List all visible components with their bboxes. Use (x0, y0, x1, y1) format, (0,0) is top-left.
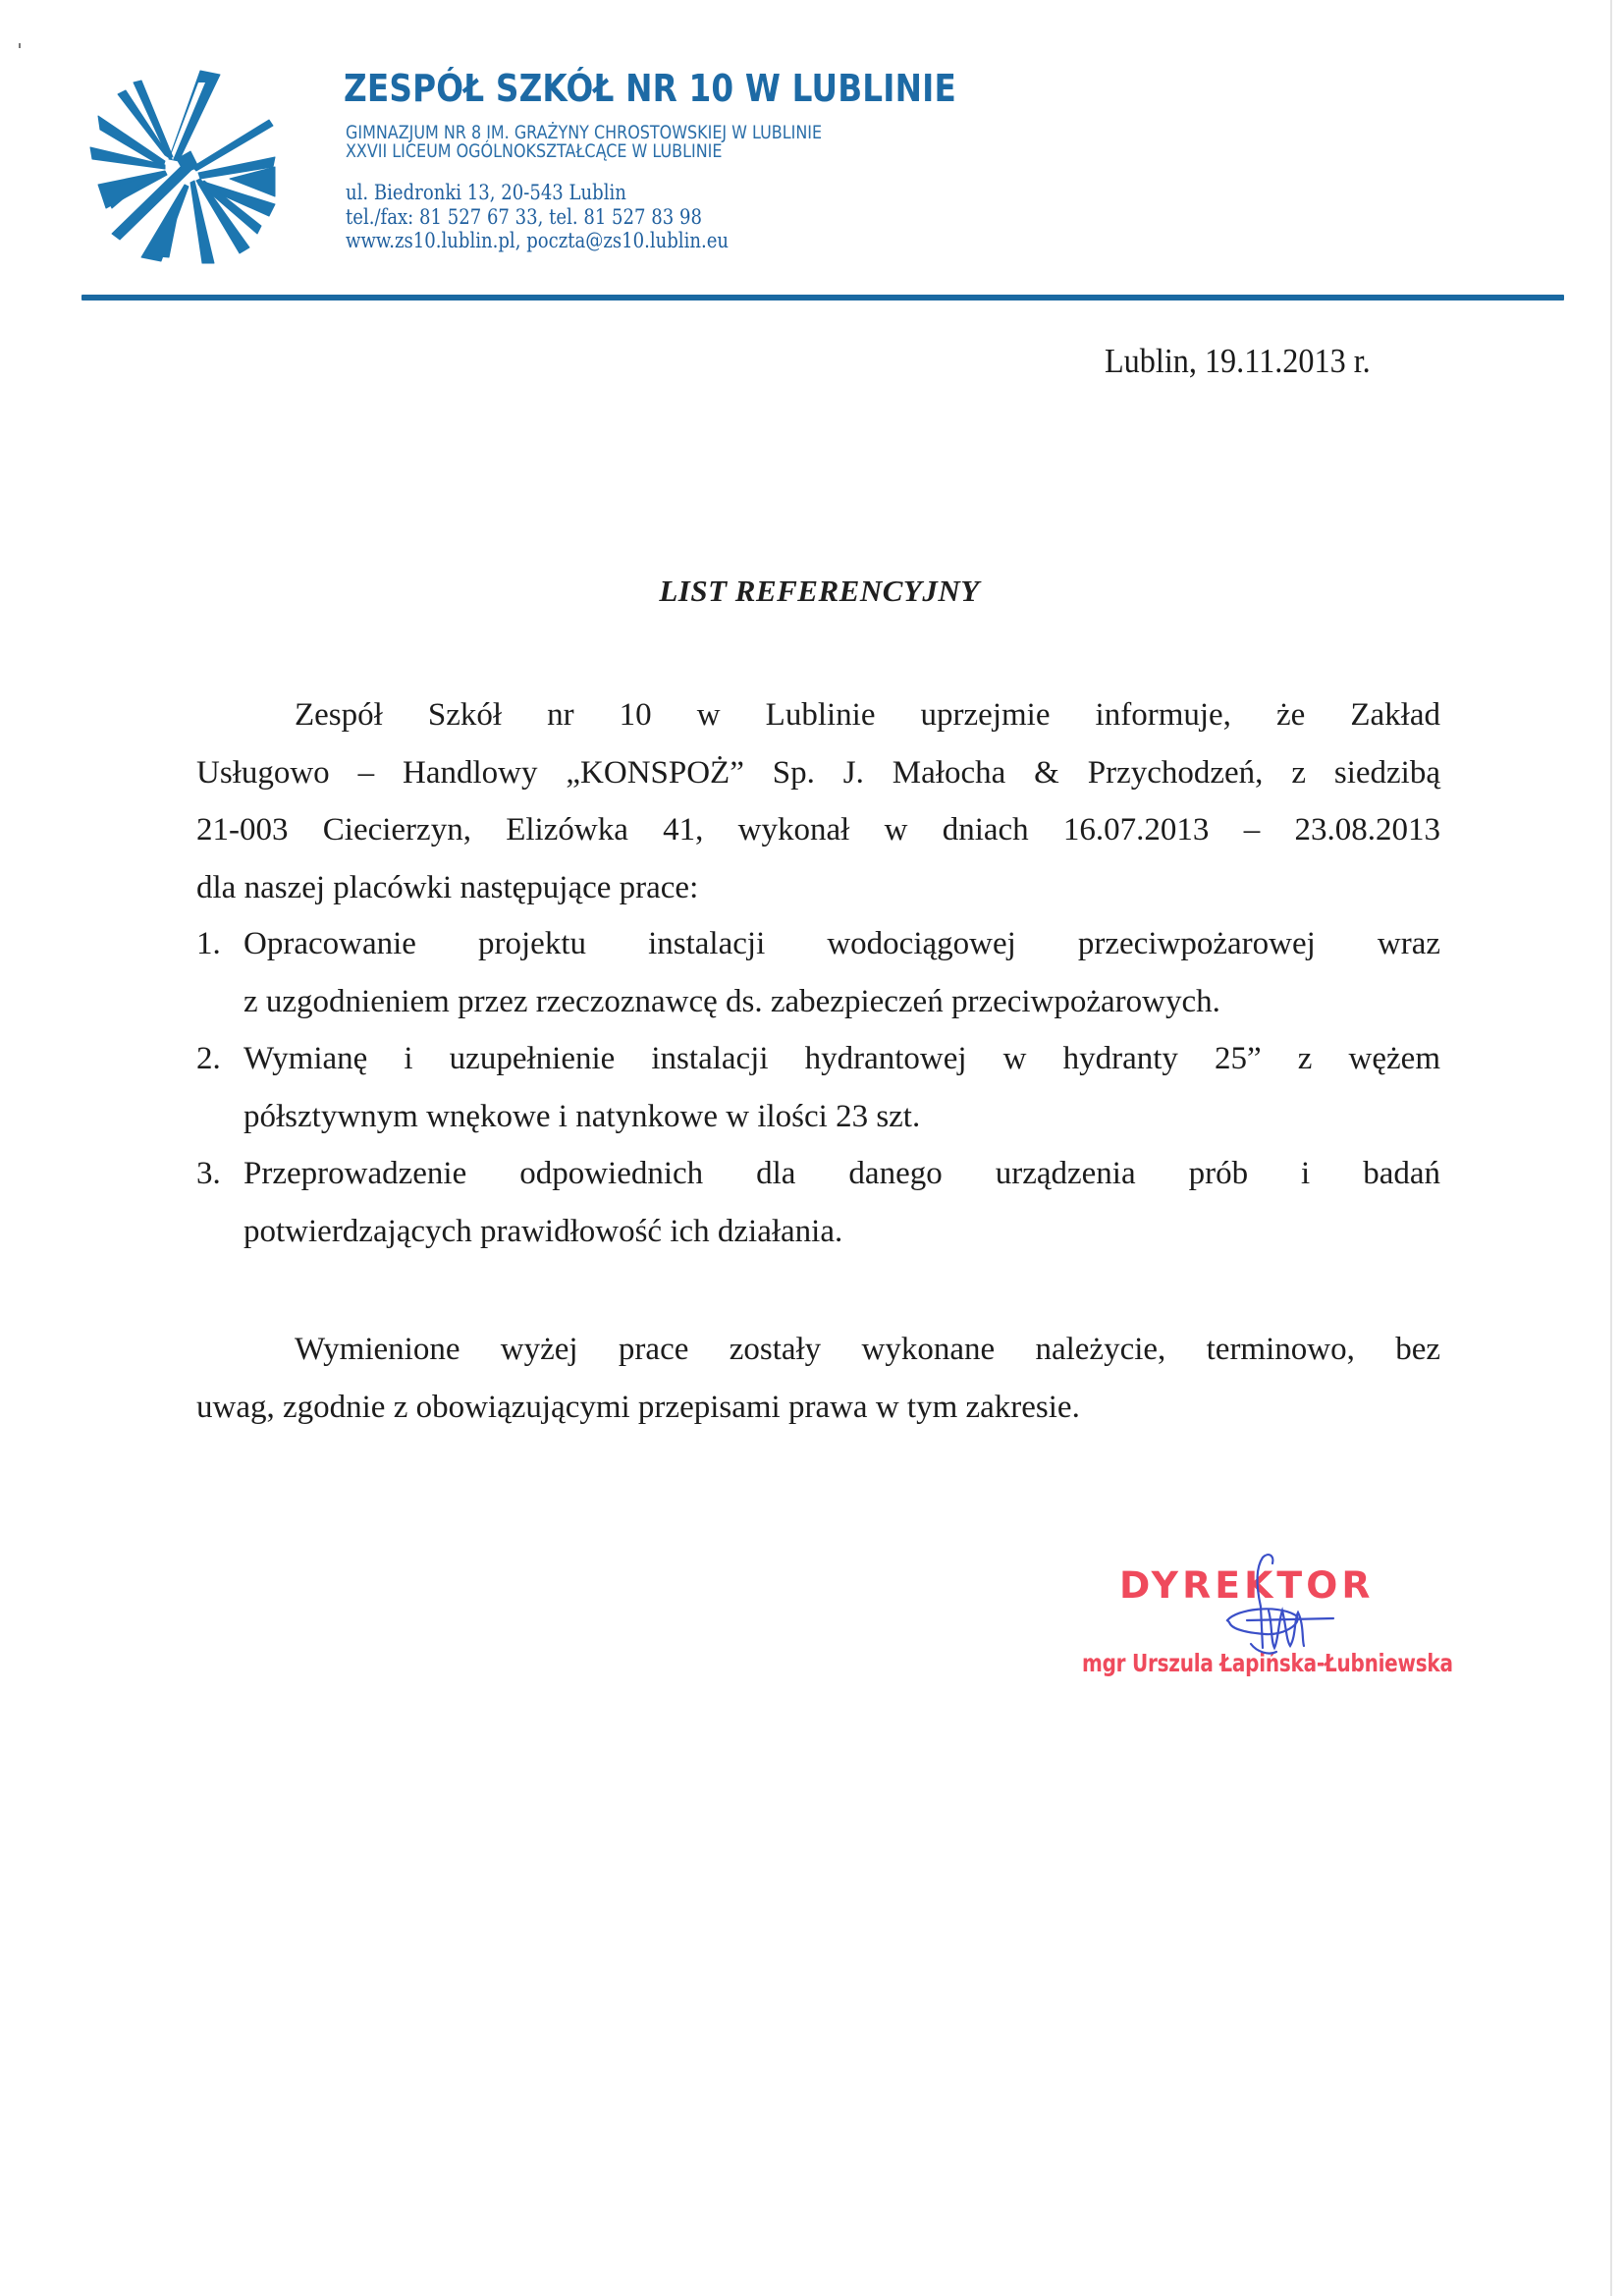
item-line: z uzgodnieniem przez rzeczoznawcę ds. za… (243, 973, 1440, 1031)
paragraph-line: dla naszej placówki następujące prace: (196, 859, 1440, 917)
paragraph-line: Usługowo – Handlowy „KONSPOŻ” Sp. J. Mał… (196, 744, 1440, 802)
closing-paragraph: Wymienione wyżej prace zostały wykonane … (196, 1321, 1440, 1436)
school-phones: tel./fax: 81 527 67 33, tel. 81 527 83 9… (346, 205, 702, 229)
works-list-item: 1. Opracowanie projektu instalacji wodoc… (196, 915, 1440, 1030)
school-name: ZESPÓŁ SZKÓŁ NR 10 W LUBLINIE (344, 67, 956, 110)
letter-date: Lublin, 19.11.2013 r. (1105, 342, 1371, 381)
paragraph-line: 21-003 Ciecierzyn, Elizówka 41, wykonał … (196, 801, 1440, 859)
school-address: ul. Biedronki 13, 20-543 Lublin (346, 181, 626, 204)
school-web-email: www.zs10.lublin.pl, poczta@zs10.lublin.e… (346, 229, 729, 252)
works-list-item: 3. Przeprowadzenie odpowiednich dla dane… (196, 1145, 1440, 1260)
letterhead-divider (81, 295, 1564, 301)
paragraph-line: uwag, zgodnie z obowiązującymi przepisam… (196, 1379, 1440, 1437)
works-list: 1. Opracowanie projektu instalacji wodoc… (196, 915, 1440, 1260)
item-line: potwierdzających prawidłowość ich działa… (243, 1203, 1440, 1261)
school-subtitle-line: XXVII LICEUM OGÓLNOKSZTAŁCĄCE W LUBLINIE (346, 140, 722, 162)
signature-icon (1217, 1550, 1345, 1663)
item-line: Przeprowadzenie odpowiednich dla danego … (243, 1145, 1440, 1203)
letter-title: LIST REFERENCYJNY (198, 574, 1440, 609)
paragraph-line: Wymienione wyżej prace zostały wykonane … (196, 1321, 1440, 1379)
item-line: półsztywnym wnękowe i natynkowe w ilości… (243, 1088, 1440, 1146)
item-line: Wymianę i uzupełnienie instalacji hydran… (243, 1030, 1440, 1088)
item-number: 1. (196, 915, 221, 973)
works-list-item: 2. Wymianę i uzupełnienie instalacji hyd… (196, 1030, 1440, 1145)
paragraph-line: Zespół Szkół nr 10 w Lublinie uprzejmie … (196, 686, 1440, 744)
school-logo-icon (82, 61, 283, 271)
intro-paragraph: Zespół Szkół nr 10 w Lublinie uprzejmie … (196, 686, 1440, 916)
letter-page: ZESPÓŁ SZKÓŁ NR 10 W LUBLINIE GIMNAZJUM … (0, 0, 1623, 2296)
item-number: 3. (196, 1145, 221, 1203)
scan-artifact (19, 43, 21, 48)
item-number: 2. (196, 1030, 221, 1088)
scan-edge-line (1610, 0, 1612, 2296)
item-line: Opracowanie projektu instalacji wodociąg… (243, 915, 1440, 973)
